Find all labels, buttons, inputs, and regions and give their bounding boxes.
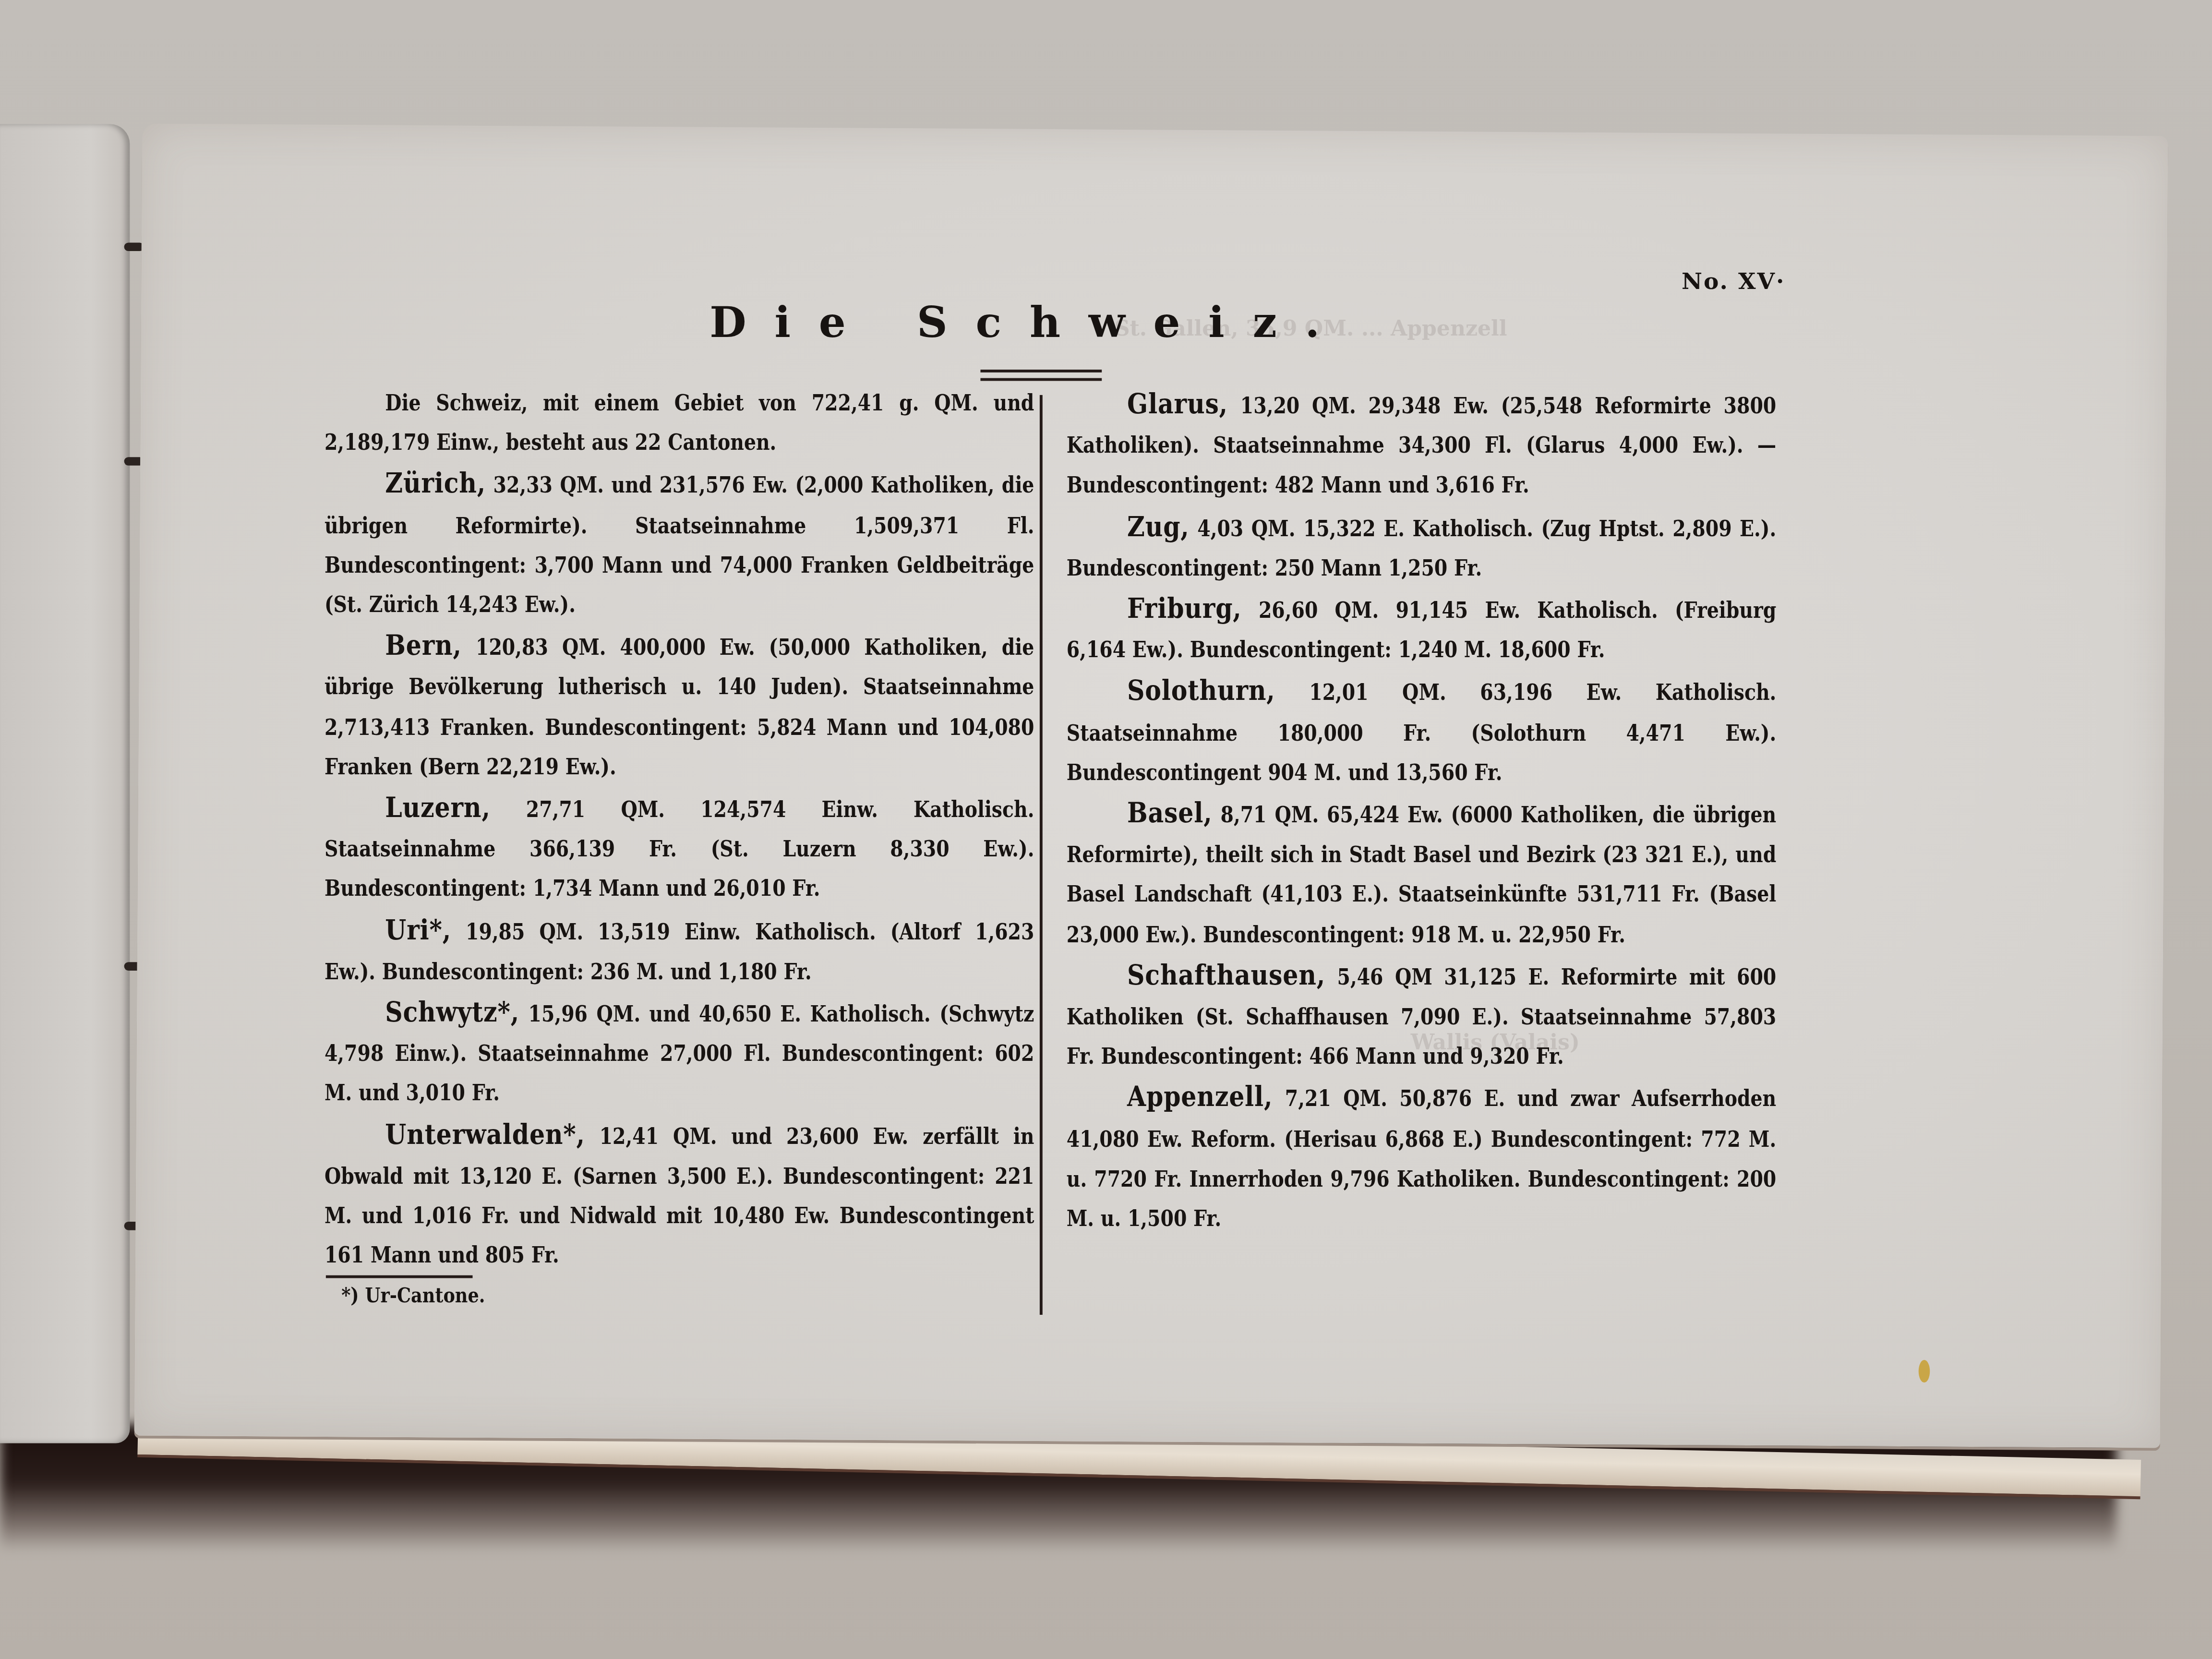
photo-scene: St. Gallen, 35,9 QM. ... Appenzell Walli… (0, 0, 2212, 1659)
title-rule (980, 370, 1102, 373)
canton-name: Glarus, (1127, 386, 1228, 421)
canton-entry: Zürich, 32,33 QM. und 231,576 Ew. (2,000… (325, 463, 1034, 625)
page-title: Die Schweiz. (709, 299, 1348, 349)
canton-name: Solothurn, (1127, 673, 1275, 708)
canton-name: Zug, (1127, 509, 1190, 543)
canton-name: Schwytz*, (385, 995, 519, 1029)
canton-entry: Schafthausen, 5,46 QM 31,125 E. Reformir… (1067, 955, 1777, 1077)
canton-entry: Appenzell, 7,21 QM. 50,876 E. und zwar A… (1067, 1077, 1777, 1239)
canton-name: Zürich, (385, 466, 486, 500)
canton-entry: Friburg, 26,60 QM. 91,145 Ew. Katholisch… (1067, 589, 1777, 671)
canton-entry: Schwytz*, 15,96 QM. und 40,650 E. Kathol… (325, 992, 1034, 1114)
column-divider (1040, 395, 1043, 1315)
canton-name: Basel, (1127, 796, 1212, 830)
canton-entry: Luzern, 27,71 QM. 124,574 Einw. Katholis… (325, 787, 1034, 910)
footnote: *) Ur-Cantone. (341, 1284, 485, 1308)
canton-name: Schafthausen, (1127, 958, 1325, 992)
canton-name: Bern, (385, 628, 462, 662)
footnote-rule (326, 1275, 473, 1278)
right-column: Glarus, 13,20 QM. 29,348 Ew. (25,548 Ref… (1067, 384, 1777, 1239)
canton-name: Luzern, (385, 790, 490, 824)
left-column: Die Schweiz, mit einem Gebiet von 722,41… (325, 384, 1034, 1276)
intro-paragraph: Die Schweiz, mit einem Gebiet von 722,41… (325, 384, 1034, 463)
canton-entry: Unterwalden*, 12,41 QM. und 23,600 Ew. z… (325, 1114, 1034, 1276)
page-number: No. XV· (1682, 268, 1785, 295)
canton-entry: Zug, 4,03 QM. 15,322 E. Katholisch. (Zug… (1067, 506, 1777, 589)
canton-entry: Basel, 8,71 QM. 65,424 Ew. (6000 Katholi… (1067, 793, 1777, 955)
canton-name: Uri*, (385, 912, 451, 946)
left-page-edge (0, 124, 130, 1443)
paper-stain (1919, 1360, 1930, 1382)
canton-name: Friburg, (1127, 591, 1242, 625)
canton-entry: Uri*, 19,85 QM. 13,519 Einw. Katholisch.… (325, 909, 1034, 992)
binding-stitch (124, 242, 144, 251)
canton-entry: Glarus, 13,20 QM. 29,348 Ew. (25,548 Ref… (1067, 384, 1777, 506)
canton-name: Appenzell, (1127, 1080, 1273, 1114)
canton-entry: Solothurn, 12,01 QM. 63,196 Ew. Katholis… (1067, 671, 1777, 793)
canton-name: Unterwalden*, (385, 1117, 585, 1151)
title-rule (980, 378, 1102, 381)
canton-entry: Bern, 120,83 QM. 400,000 Ew. (50,000 Kat… (325, 625, 1034, 787)
